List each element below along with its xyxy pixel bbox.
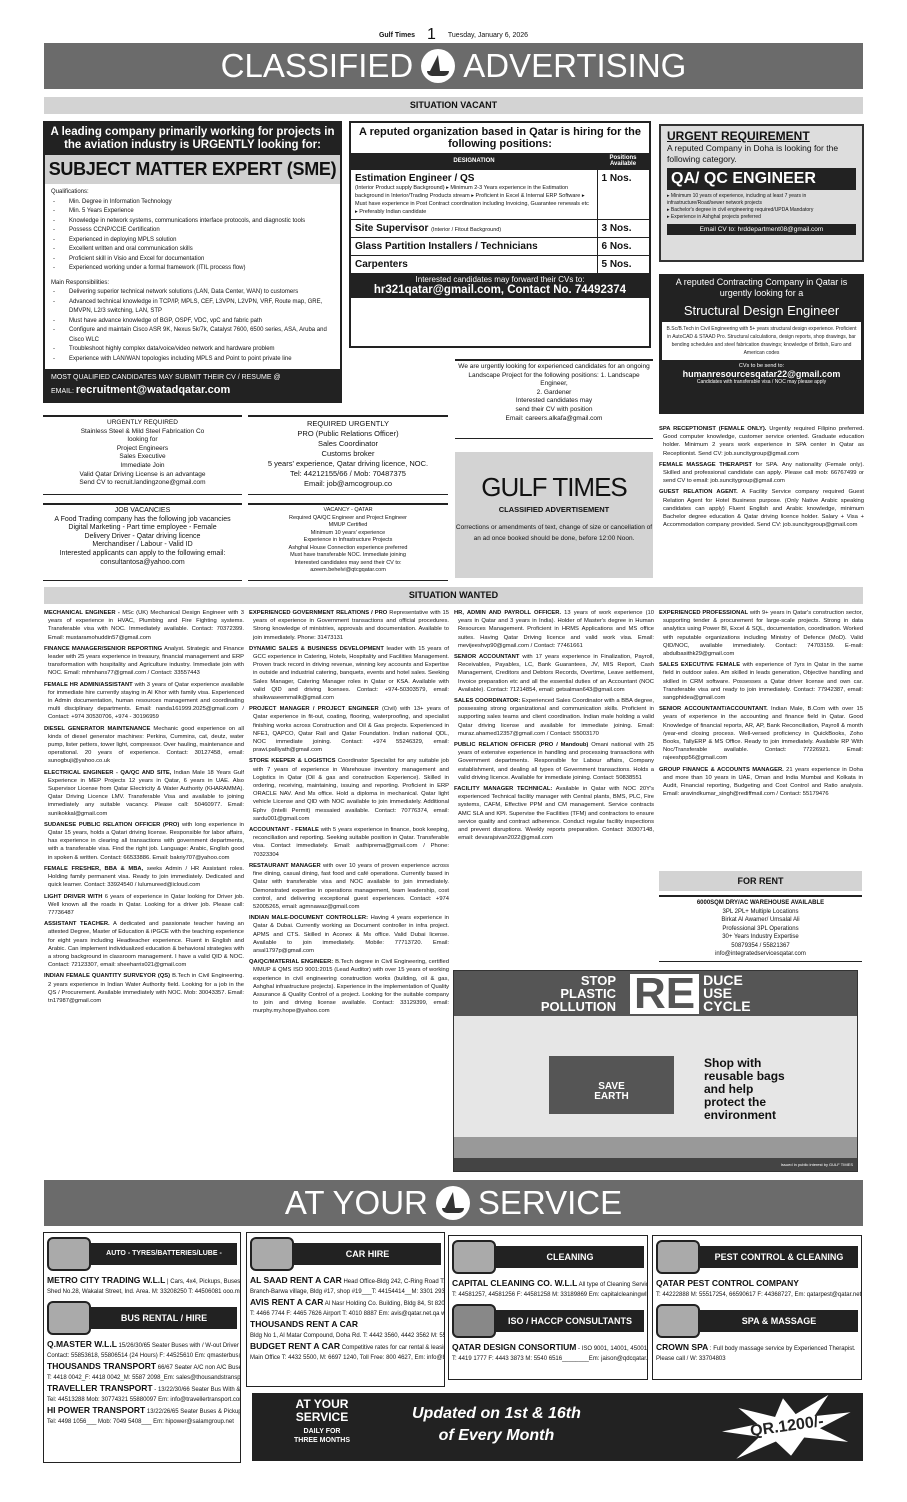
service-listing: Please call / W: 33704803 <box>653 1354 861 1364</box>
ad-text: Coordinator Specialist for any suitable … <box>253 758 449 821</box>
listing-text: T: 44222888 M: 55517254, 66590617 F: 443… <box>656 1292 861 1298</box>
service-listing: AL SAAD RENT A CAR Head Office-Bldg 242,… <box>247 1275 444 1287</box>
classified-ad: INDIAN MALE-DOCUMENT CONTROLLER: Having … <box>249 914 449 955</box>
iso-icon <box>452 1304 496 1338</box>
classified-ad: ACCOUNTANT - FEMALE with 5 years experie… <box>249 826 449 859</box>
tyre-icon <box>47 1237 91 1271</box>
ad-line: consultantosa@yahoo.com <box>45 559 240 568</box>
ad-qaqc-engineer: URGENT REQUIREMENT A reputed Company in … <box>659 124 864 262</box>
ad-footnote: Candidates with transferable visa / NOC … <box>662 379 861 385</box>
ad-headline: A reputed organization based in Qatar is… <box>351 123 649 153</box>
ad-line: A Food Trading company has the following… <box>45 516 240 525</box>
company-name: Q.MASTER W.L.L <box>47 1339 117 1349</box>
section-situation-vacant: SITUATION VACANT <box>44 97 863 114</box>
ad-line: Sales Coordinator <box>250 439 446 449</box>
ad-line: send their CV with position <box>457 406 651 415</box>
classified-ad: QA/QC/MATERIAL ENGINEER: B.Tech degree i… <box>249 958 449 1015</box>
ad-food-trading: JOB VACANCIESA Food Trading company has … <box>43 503 242 581</box>
cleaning-icon <box>452 1240 496 1274</box>
ad-heading: GUEST RELATION AGENT. <box>659 489 738 495</box>
promo-sub: DAILY FOR <box>262 1427 382 1436</box>
service-listing: Shed No.28, Wakalat Street, Ind. Area. M… <box>44 1287 240 1297</box>
slogan-line: environment <box>704 1109 785 1122</box>
ad-line: Sales Executive <box>45 453 240 462</box>
ad-heading: SALES COORDINATOR: <box>454 698 520 704</box>
service-listing: TRAVELLER TRANSPORT - 13/22/30/66 Seater… <box>44 1383 240 1395</box>
notice-text: Corrections or amendments of text, chang… <box>455 522 653 544</box>
price-starburst: QR.1200/- <box>719 1389 856 1465</box>
ad-line: Delivery Driver - Qatar driving licence <box>45 533 240 542</box>
ad-line: 2. Gardener <box>457 389 651 398</box>
service-listing: BUDGET RENT A CAR Competitive rates for … <box>247 1341 444 1353</box>
qual-item: Excellent written and oral communication… <box>51 245 334 255</box>
massage-icon <box>656 1304 700 1338</box>
classified-ad: SENIOR ACCOUNTANT/ACCOUNTANT. Indian Mal… <box>659 705 863 762</box>
qual-label: Qualifications: <box>51 188 334 198</box>
classified-ad: DYNAMIC SALES & BUSINESS DEVELOPMENT lea… <box>249 645 449 702</box>
ad-heading: GROUP FINANCE & ACCOUNTS MANAGER. <box>659 767 784 773</box>
qual-item: Experienced in deploying MPLS solution <box>51 236 334 246</box>
resp-item: Advanced technical knowledge in TCP/IP, … <box>51 298 334 317</box>
service-listing: CAPITAL CLEANING CO. W.L.L All type of C… <box>449 1278 647 1290</box>
position-count: 6 Nos. <box>597 238 649 256</box>
ad-line: Ashghal House Connection experience pref… <box>250 545 446 553</box>
ad-landscape: We are urgently looking for experienced … <box>455 359 653 439</box>
section-for-rent: FOR RENT <box>659 871 862 891</box>
wanted-column-2: EXPERIENCED GOVERNMENT RELATIONS / PRO R… <box>249 609 449 1019</box>
ad-line: We are urgently looking for experienced … <box>457 363 651 389</box>
ad-email: humanresourcesqatar22@gmail.com <box>662 369 861 379</box>
gulf-times-logo: GULF TIMES <box>455 472 653 503</box>
listing-text: Tel: 4498 1056___ Mob: 7049 5408___ Em: … <box>47 1419 234 1425</box>
ad-heading: SUDANESE PUBLIC RELATION OFFICER (PRO) <box>44 822 179 828</box>
at-your-service-promo: AT YOURSERVICEDAILY FORTHREE MONTHS Upda… <box>252 1393 863 1461</box>
service-category-title: PEST CONTROL & CLEANING <box>700 1246 858 1268</box>
wanted-column-1: MECHANICAL ENGINEER - MSc (UK) Mechanica… <box>44 609 244 1008</box>
ad-vacancy-qatar: VACANCY - QATARRequired QA/QC Engineer a… <box>248 503 448 581</box>
ad-structural-engineer: A reputed Contracting Company in Qatar i… <box>659 274 864 414</box>
ad-heading: EXPERIENCED GOVERNMENT RELATIONS / PRO <box>249 610 387 616</box>
service-listing: METRO CITY TRADING W.L.L | Cars, 4x4, Pi… <box>44 1275 240 1287</box>
qual-item: Experienced working under a formal frame… <box>51 264 334 274</box>
ad-line: 50879354 / 55821367 <box>661 942 860 951</box>
listing-text: | Cars, 4x4, Pickups, Buses, Trucks, For… <box>165 1279 240 1285</box>
ad-text: Available in Qatar with NOC 20Y's experi… <box>458 786 654 841</box>
company-name: AL SAAD RENT A CAR <box>250 1275 342 1285</box>
service-listing: Tel: 4498 1056___ Mob: 7049 5408___ Em: … <box>44 1417 240 1427</box>
ad-line: Required QA/QC Engineer and Project Engi… <box>250 515 446 523</box>
classified-ad: INDIAN FEMALE QUANTITY SURVEYOR (QS) B.T… <box>44 972 244 1005</box>
classified-ad: LIGHT DRIVER WITH 6 years of experience … <box>44 893 244 918</box>
ad-heading: DYNAMIC SALES & BUSINESS DEVELOPMENT <box>249 646 384 652</box>
service-category-title: AUTO - TYRES/BATTERIES/LUBE - CHANGING <box>91 1243 237 1265</box>
service-listing: THOUSANDS RENT A CAR <box>247 1319 444 1331</box>
ad-line: Immediate Join <box>45 462 240 471</box>
paper-name: Gulf Times <box>379 32 415 39</box>
col-designation: DESIGNATION <box>351 153 597 170</box>
company-name: QATAR DESIGN CONSORTIUM <box>452 1342 576 1352</box>
ad-intro: A reputed Company in Doha is looking for… <box>667 143 856 165</box>
position-count: 1 Nos. <box>597 170 649 220</box>
classified-ad: HR, ADMIN AND PAYROLL OFFICER. 13 years … <box>454 609 654 650</box>
company-name: QATAR PEST CONTROL COMPANY <box>656 1278 799 1288</box>
ad-heading: FEMALE MASSAGE THERAPIST <box>659 462 752 468</box>
listing-text: 13/22/26/65 Seater Buses & Pickups with … <box>145 1409 240 1415</box>
ad-text: leader with 15 years of GCC experience i… <box>253 646 449 701</box>
company-name: THOUSANDS TRANSPORT <box>47 1361 156 1371</box>
service-listing: THOUSANDS TRANSPORT 66/67 Seater A/C non… <box>44 1361 240 1373</box>
ad-line: 5 years' experience, Qatar driving licen… <box>250 459 446 469</box>
section-situation-wanted: SITUATION WANTED <box>44 587 863 604</box>
masthead-left: CLASSIFIED <box>221 47 414 85</box>
service-category-title: ISO / HACCP CONSULTANTS <box>496 1310 644 1332</box>
company-name: HI POWER TRANSPORT <box>47 1405 145 1415</box>
qual-item: Proficient skill in Visio and Excel for … <box>51 255 334 265</box>
ad-line: 3PL 2PL+ Multiple Locations <box>661 908 860 917</box>
service-category-title: BUS RENTAL / HIRE <box>91 1307 237 1329</box>
pest-sprayer-icon <box>656 1240 700 1274</box>
listing-text: T: 4418 0042_F: 4418 0042_M: 5587 2098_E… <box>47 1375 240 1381</box>
bus-icon <box>47 1301 91 1335</box>
ad-heading: ASSISTANT TEACHER. <box>44 921 110 927</box>
ad-title: SUBJECT MATTER EXPERT (SME) <box>45 155 340 184</box>
listing-text: All type of Cleaning Services-Reasonable… <box>577 1282 647 1288</box>
ad-fabrication: URGENTLY REQUIREDStainless Steel & Mild … <box>43 415 242 495</box>
shopping-bag-icon: SAVEEARTH <box>549 1056 674 1114</box>
ad-headline: A leading company primarily working for … <box>45 123 340 155</box>
ad-line: Interested candidates may <box>457 397 651 406</box>
classified-ad: FINANCE MANAGER/SENIOR REPORTING Analyst… <box>44 645 244 678</box>
ad-heading: SALES EXECUTIVE FEMALE <box>659 662 740 668</box>
qual-item: Min. Degree in Information Technology <box>51 198 334 208</box>
listing-text: T: 44581257, 44581256 F: 44581258 M: 331… <box>452 1292 647 1298</box>
ad-heading: ELECTRICAL ENGINEER - QA/QC AND SITE, <box>44 770 171 776</box>
service-listing: T: 4419 1777 F: 4443 3873 M: 5540 6516__… <box>449 1354 647 1364</box>
ad-heading: FINANCE MANAGER/SENIOR REPORTING <box>44 646 162 652</box>
ad-footer: Issued in public interest by GULF TIMES <box>454 1158 857 1171</box>
qual-item: Knowledge in network systems, communicat… <box>51 217 334 227</box>
ad-text: with 9+ years in Qatar's construction se… <box>663 610 863 657</box>
ad-text: B.Tech degree in Civil Engineering, cert… <box>253 959 449 1014</box>
promo-sub: THREE MONTHS <box>262 1436 382 1445</box>
ad-line: azeem.behelvi@qtcgqatar.com <box>250 567 446 575</box>
ad-line: info@integratedservicesqatar.com <box>661 950 860 959</box>
ad-heading: SPA RECEPTIONIST (FEMALE ONLY). <box>659 426 766 432</box>
col-positions: Positions Available <box>597 153 649 170</box>
ad-heading: INDIAN MALE-DOCUMENT CONTROLLER: <box>249 915 368 921</box>
listing-text: Tel: 44513288 Mob: 30774321 55880097 Em:… <box>47 1397 240 1403</box>
dhow-logo-icon <box>436 1186 470 1220</box>
floor-graphic <box>454 1137 857 1159</box>
ad-heading: EXPERIENCED PROFESSIONAL <box>659 610 748 616</box>
qual-item: Possess CCNP/CCIE Certification <box>51 226 334 236</box>
ad-heading: PUBLIC RELATION OFFICER (PRO / Mandoub) <box>454 742 588 748</box>
service-listing: QATAR DESIGN CONSORTIUM - ISO 9001, 1400… <box>449 1342 647 1354</box>
company-name: THOUSANDS RENT A CAR <box>250 1319 358 1329</box>
listing-text: Please call / W: 33704803 <box>656 1356 726 1362</box>
slogan-line: CYCLE <box>703 1000 750 1013</box>
ad-line: 6000SQM DRY/AC WAREHOUSE AVAILABLE <box>661 899 860 908</box>
classified-ad: FEMALE FRESHER, BBA & MBA, seeks Admin /… <box>44 865 244 890</box>
resp-item: Delivering superior technical network so… <box>51 288 334 298</box>
classified-ad: SUDANESE PUBLIC RELATION OFFICER (PRO) w… <box>44 821 244 862</box>
service-listing: T: 4418 0042_F: 4418 0042_M: 5587 2098_E… <box>44 1373 240 1383</box>
ad-heading: MECHANICAL ENGINEER - <box>44 610 120 616</box>
ad-requirements: B.Sc/B.Tech in Civil Engineering with 5+… <box>662 322 861 360</box>
notice-subtitle: CLASSIFIED ADVERTISEMENT <box>455 505 653 514</box>
promo-update: of Every Month <box>412 1425 581 1447</box>
ad-line: Email: job@amcogroup.co <box>250 479 446 489</box>
ad-headline: A reputed Contracting Company in Qatar i… <box>662 277 861 299</box>
ad-heading: FEMALE FRESHER, BBA & MBA, <box>44 866 143 872</box>
listing-text: Contact: 55853618, 55806514 (24 Hours) F… <box>47 1353 240 1359</box>
ad-heading: PROJECT MANAGER / PROJECT ENGINEER <box>249 706 379 712</box>
ad-line: Must have transferable NOC. Immediate jo… <box>250 552 446 560</box>
listing-text: : Full body massage service by Experienc… <box>708 1346 855 1352</box>
ad-line: Experience in Infrastructure Projects <box>250 537 446 545</box>
resp-item: Configure and maintain Cisco ASR 9K, Nex… <box>51 326 334 345</box>
ad-heading: RESTAURANT MANAGER <box>249 863 321 869</box>
ad-line: looking for <box>45 436 240 445</box>
table-row: Estimation Engineer / QS(Interior Produc… <box>351 170 649 220</box>
ad-bullet: ▸ Minimum 10 years of experience, includ… <box>667 193 856 207</box>
ad-heading: FACILITY MANAGER TECHNICAL: <box>454 786 552 792</box>
classified-ad: FEMALE HR ADMIN/ASSISTANT with 3 years o… <box>44 681 244 722</box>
position-count: 5 Nos. <box>597 256 649 274</box>
qual-item: Min. 5 Years Experience <box>51 207 334 217</box>
listing-text: Bldg No 1, Al Matar Compound, Doha Rd. T… <box>250 1333 444 1339</box>
promo-title: SERVICE <box>262 1411 382 1424</box>
banner-right: SERVICE <box>478 1184 622 1222</box>
classified-ad: SALES COORDINATOR: Experienced Sales Coo… <box>454 697 654 738</box>
masthead-right: ADVERTISING <box>463 47 686 85</box>
classified-ad: GROUP FINANCE & ACCOUNTS MANAGER. 21 yea… <box>659 766 863 799</box>
ad-heading: ACCOUNTANT - FEMALE <box>249 827 319 833</box>
re-logo: RE <box>630 974 699 1014</box>
slogan-line: POLLUTION <box>454 1000 616 1013</box>
ad-line: Professional 3PL Operations <box>661 925 860 934</box>
ad-line: Interested candidates may send their CV … <box>250 560 446 568</box>
position-title: Site Supervisor <box>355 223 428 234</box>
promo-update: Updated on 1st & 16th <box>412 1403 581 1425</box>
listing-text: Shed No.28, Wakalat Street, Ind. Area. M… <box>47 1289 240 1295</box>
classified-ad: FEMALE MASSAGE THERAPIST for SPA. Any na… <box>659 461 864 486</box>
listing-text: - ISO 9001, 14001, 45001, 22000, 27001, … <box>576 1346 647 1352</box>
service-listing: AVIS RENT A CAR Al Nasr Holding Co. Buil… <box>247 1297 444 1309</box>
ad-heading: LIGHT DRIVER WITH <box>44 894 103 900</box>
ad-bullet: ▸ Experience in Ashghal projects preferr… <box>667 214 856 221</box>
ad-line: VACANCY - QATAR <box>250 507 446 515</box>
ad-line: Customs broker <box>250 449 446 459</box>
classified-ad: RESTAURANT MANAGER with over 10 years of… <box>249 862 449 911</box>
ad-bullet: ▸ Bachelor's degree in civil engineering… <box>667 207 856 214</box>
service-listing: T: 44222888 M: 55517254, 66590617 F: 443… <box>653 1290 861 1300</box>
gulf-times-notice: GULF TIMES CLASSIFIED ADVERTISEMENT Corr… <box>455 452 653 578</box>
banner-left: AT YOUR <box>285 1184 428 1222</box>
ad-line: Digital Marketing - Part time employee -… <box>45 524 240 533</box>
service-category-title: CLEANING <box>496 1246 644 1268</box>
ad-footer: MOST QUALIFIED CANDIDATES MAY SUBMIT THE… <box>51 372 334 384</box>
company-name: TRAVELLER TRANSPORT <box>47 1383 153 1393</box>
wanted-column-3: HR, ADMIN AND PAYROLL OFFICER. 13 years … <box>454 609 654 845</box>
page-header: Gulf Times1Tuesday, January 6, 2026 <box>0 26 907 44</box>
ad-line: REQUIRED URGENTLY <box>250 419 446 429</box>
ad-headline: URGENT REQUIREMENT <box>667 129 856 143</box>
classified-ad: STORE KEEPER & LOGISTICS Coordinator Spe… <box>249 757 449 823</box>
car-icon <box>250 1237 294 1271</box>
classified-ad: SENIOR ACCOUNTANT with 17 years experien… <box>454 653 654 694</box>
resp-item: Must have advance knowledge of BGP, OSPF… <box>51 317 334 327</box>
ad-text: with over 10 years of proven experience … <box>253 863 449 910</box>
ad-heading: SENIOR ACCOUNTANT/ACCOUNTANT. <box>659 706 768 712</box>
wanted-column-4: EXPERIENCED PROFESSIONAL with 9+ years i… <box>659 609 863 801</box>
company-name: CROWN SPA <box>656 1342 708 1352</box>
service-category-title: CAR HIRE <box>294 1243 441 1265</box>
ad-line: URGENTLY REQUIRED <box>45 419 240 428</box>
ad-heading: FEMALE HR ADMIN/ASSISTANT <box>44 682 133 688</box>
ad-warehouse: 6000SQM DRY/AC WAREHOUSE AVAILABLE3PL 2P… <box>659 895 862 962</box>
email-label: EMAIL: <box>51 388 74 395</box>
ad-stop-plastic-pollution: STOPPLASTICPOLLUTION RE DUCEUSECYCLE SAV… <box>453 970 858 1172</box>
service-column-1: AUTO - TYRES/BATTERIES/LUBE - CHANGING M… <box>43 1232 241 1463</box>
company-name: METRO CITY TRADING W.L.L <box>47 1275 165 1285</box>
classified-ad: FACILITY MANAGER TECHNICAL: Available in… <box>454 785 654 842</box>
classified-ad: PUBLIC RELATION OFFICER (PRO / Mandoub) … <box>454 741 654 782</box>
position-detail: (Interior / Fitout Background) <box>431 227 501 233</box>
page-number: 1 <box>427 26 436 43</box>
ad-contact: hr321qatar@gmail.com, Contact No. 744923… <box>353 284 647 296</box>
service-listing: Bldg No 1, Al Matar Compound, Doha Rd. T… <box>247 1331 444 1341</box>
issue-date: Tuesday, January 6, 2026 <box>448 32 528 39</box>
ad-line: Project Engineers <box>45 445 240 454</box>
for-rent-section: FOR RENT 6000SQM DRY/AC WAREHOUSE AVAILA… <box>659 871 862 962</box>
service-listing: Main Office T: 4432 5500, M: 6697 1240, … <box>247 1353 444 1363</box>
listing-text: T: 4419 1777 F: 4443 3873 M: 5540 6516__… <box>452 1356 647 1362</box>
service-column-4: PEST CONTROL & CLEANING QATAR PEST CONTR… <box>652 1235 862 1380</box>
ad-email: recruitment@watadqatar.com <box>76 384 230 396</box>
resp-item: Troubleshoot highly complex data/voice/v… <box>51 345 334 355</box>
service-listing: CROWN SPA : Full body massage service by… <box>653 1342 861 1354</box>
classified-ad: ELECTRICAL ENGINEER - QA/QC AND SITE, In… <box>44 769 244 818</box>
table-row: Glass Partition Installers / Technicians… <box>351 238 649 256</box>
company-name: AVIS RENT A CAR <box>250 1297 323 1307</box>
ad-heading: DIESEL GENERATOR MAINTENANCE <box>44 726 150 732</box>
spa-ads: SPA RECEPTIONIST (FEMALE ONLY). Urgently… <box>659 425 864 532</box>
table-row: Site Supervisor (Interior / Fitout Backg… <box>351 220 649 238</box>
service-category-title: SPA & MASSAGE <box>700 1310 858 1332</box>
resp-item: Experience with LAN/WAN topologies inclu… <box>51 355 334 365</box>
classified-ad: EXPERIENCED PROFESSIONAL with 9+ years i… <box>659 609 863 658</box>
ad-heading: QA/QC/MATERIAL ENGINEER: <box>249 959 333 965</box>
ad-line: Interested applicants can apply to the f… <box>45 550 240 559</box>
listing-text: 66/67 Seater A/C non A/C Buses w/ driver <box>156 1365 240 1371</box>
position-count: 3 Nos. <box>597 220 649 238</box>
position-title: Glass Partition Installers / Technicians <box>355 241 538 252</box>
ad-line: Birkat Al Awamer/ Umsalal Ali <box>661 916 860 925</box>
ad-heading: HR, ADMIN AND PAYROLL OFFICER. <box>454 610 561 616</box>
classified-ad: ASSISTANT TEACHER. A dedicated and passi… <box>44 920 244 969</box>
service-listing: T: 4466 7744 F: 4465 7626 Airport T: 401… <box>247 1309 444 1319</box>
bag-text: EARTH <box>549 1092 674 1102</box>
ad-qatar-organization: A reputed organization based in Qatar is… <box>349 121 651 348</box>
ad-line: Tel: 44212155/66 / Mob: 70487375 <box>250 469 446 479</box>
service-column-3: CLEANING CAPITAL CLEANING CO. W.L.L All … <box>448 1235 648 1380</box>
resp-label: Main Responsibilities: <box>51 279 334 289</box>
ad-line: MMUP Certified <box>250 522 446 530</box>
listing-text: Head Office-Bldg 242, C-Ring Road T: 444… <box>342 1279 444 1285</box>
service-listing: Tel: 44513288 Mob: 30774321 55880097 Em:… <box>44 1395 240 1405</box>
ad-text: A dedicated and passionate teacher havin… <box>48 921 244 968</box>
ad-line: Merchandiser / Labour - Valid ID <box>45 541 240 550</box>
ad-line: Valid Qatar Driving License is an advant… <box>45 471 240 480</box>
dhow-logo-icon <box>421 49 455 83</box>
ad-pro-amco: REQUIRED URGENTLYPRO (Public Relations O… <box>248 415 448 495</box>
service-listing: Q.MASTER W.L.L 15/26/30/65 Seater Buses … <box>44 1339 240 1351</box>
ad-title: QA/ QC ENGINEER <box>667 168 856 190</box>
position-detail: (Interior Product supply Background) ▸ M… <box>355 184 593 216</box>
position-title: Carpenters <box>355 259 408 270</box>
service-listing: Contact: 55853618, 55806514 (24 Hours) F… <box>44 1351 240 1361</box>
classified-ad: DIESEL GENERATOR MAINTENANCE Mechanic go… <box>44 725 244 766</box>
service-listing: HI POWER TRANSPORT 13/22/26/65 Seater Bu… <box>44 1405 240 1417</box>
service-column-2: CAR HIRE AL SAAD RENT A CAR Head Office-… <box>246 1232 445 1387</box>
listing-text: T: 4466 7744 F: 4465 7626 Airport T: 401… <box>250 1311 444 1317</box>
service-listing: T: 44581257, 44581256 F: 44581258 M: 331… <box>449 1290 647 1300</box>
ad-heading: INDIAN FEMALE QUANTITY SURVEYOR (QS) <box>44 973 170 979</box>
classified-ad: MECHANICAL ENGINEER - MSc (UK) Mechanica… <box>44 609 244 642</box>
ad-line: Minimum 10 years' experience <box>250 530 446 538</box>
ad-heading: STORE KEEPER & LOGISTICS <box>249 758 335 764</box>
ad-text: Indian Male, B.Com with over 15 years of… <box>663 706 863 761</box>
ad-line: PRO (Public Relations Officer) <box>250 429 446 439</box>
classified-ad: PROJECT MANAGER / PROJECT ENGINEER (Civi… <box>249 705 449 754</box>
ad-sme: A leading company primarily working for … <box>43 121 342 403</box>
ad-line: Email: careers.alkafa@gmail.com <box>457 415 651 424</box>
classified-ad: GUEST RELATION AGENT. A Facility Service… <box>659 488 864 529</box>
listing-text: Branch-Barwa village, Bldg #17, shop #19… <box>250 1289 444 1295</box>
ad-email: Email CV to: hrddepartment08@gmail.com <box>667 224 856 235</box>
ad-footer: Interested candidates may forward their … <box>416 275 585 284</box>
position-title: Estimation Engineer / QS <box>355 173 474 184</box>
listing-text: Competitive rates for car rental & leasi… <box>340 1345 444 1351</box>
listing-text: - 13/22/30/66 Seater Bus With & Without … <box>153 1387 240 1393</box>
ad-title: Structural Design Engineer <box>662 303 861 318</box>
listing-text: Main Office T: 4432 5500, M: 6697 1240, … <box>250 1355 444 1361</box>
classified-ad: SPA RECEPTIONIST (FEMALE ONLY). Urgently… <box>659 425 864 458</box>
table-row: Carpenters5 Nos. <box>351 256 649 274</box>
positions-table: DESIGNATIONPositions Available Estimatio… <box>351 153 649 273</box>
classified-ad: SALES EXECUTIVE FEMALE with experience o… <box>659 661 863 702</box>
classified-ad: EXPERIENCED GOVERNMENT RELATIONS / PRO R… <box>249 609 449 642</box>
service-listing: Branch-Barwa village, Bldg #17, shop #19… <box>247 1287 444 1297</box>
listing-text: Al Nasr Holding Co. Building, Bldg 84, S… <box>323 1301 444 1307</box>
ad-line: JOB VACANCIES <box>45 507 240 516</box>
service-listing: QATAR PEST CONTROL COMPANY <box>653 1278 861 1290</box>
at-your-service-banner: AT YOURSERVICE <box>44 1180 863 1226</box>
ad-line: Send CV to recruit.landingzone@gmail.com <box>45 479 240 488</box>
masthead: CLASSIFIEDADVERTISING <box>44 43 863 89</box>
ad-line: Stainless Steel & Mild Steel Fabrication… <box>45 428 240 437</box>
ad-text: Indian Male 18 Years Gulf Experience in … <box>48 770 244 817</box>
ad-heading: SENIOR ACCOUNTANT <box>454 654 519 660</box>
ad-line: 30+ Years Industry Expertise <box>661 933 860 942</box>
company-name: CAPITAL CLEANING CO. W.L.L <box>452 1278 577 1288</box>
company-name: BUDGET RENT A CAR <box>250 1341 340 1351</box>
listing-text: 15/26/30/65 Seater Buses with / W-out Dr… <box>117 1343 239 1349</box>
ad-text: (Civil) with 13+ years of Qatar experien… <box>253 706 449 753</box>
